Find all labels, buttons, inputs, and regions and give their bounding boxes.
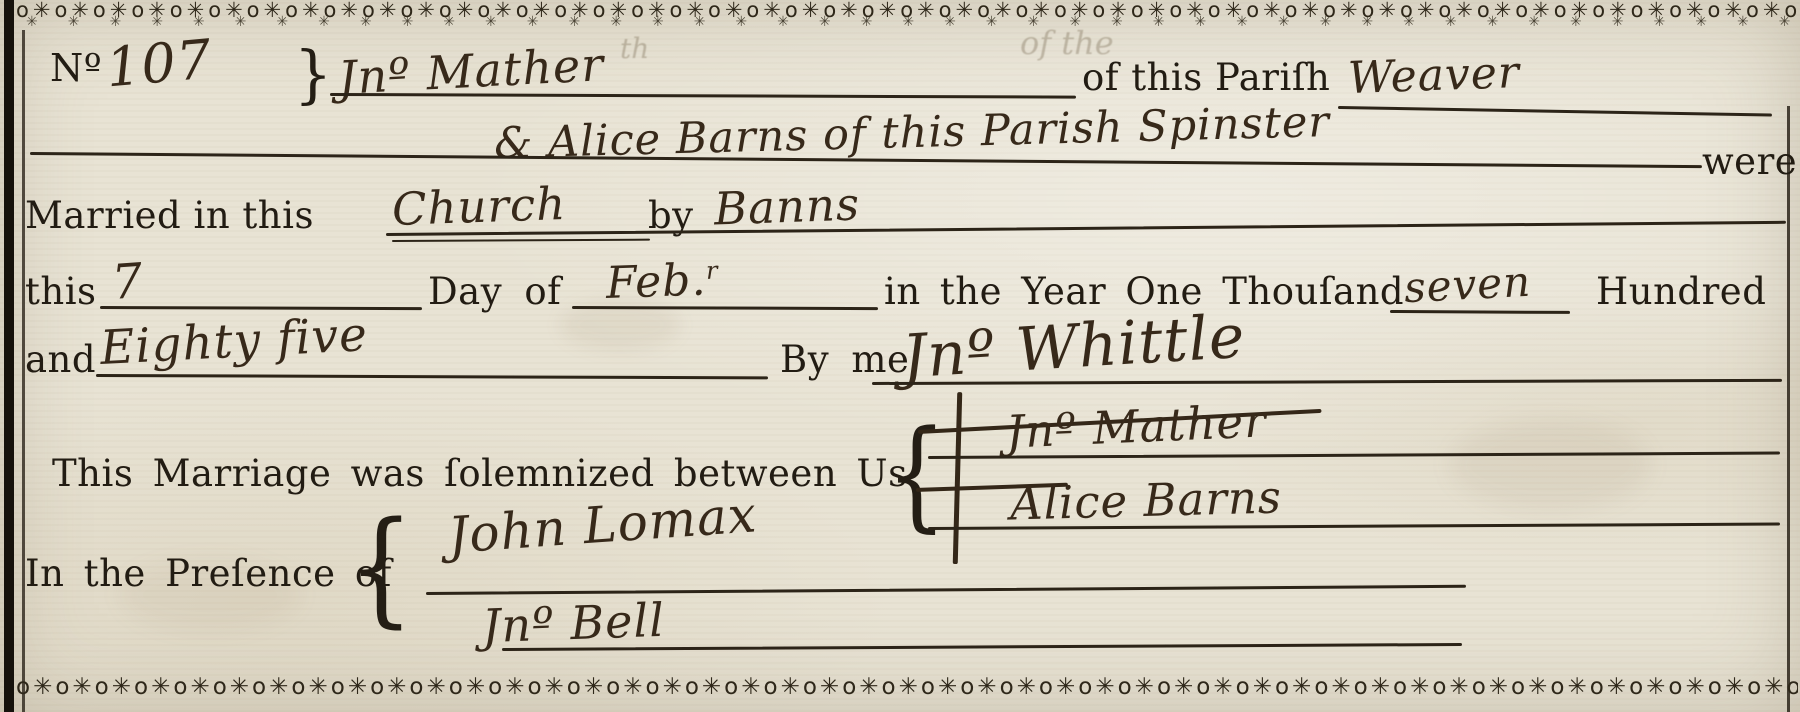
married-place: Church <box>391 177 567 236</box>
entry-number-label: Nº <box>50 46 102 90</box>
month-name: Feb.r <box>605 254 720 309</box>
solemnized-label: This Marriage was ſolemnized between Us <box>52 452 908 495</box>
year-hundreds-underline <box>1390 310 1570 314</box>
bottom-ornament-border: o✳o✳o✳o✳o✳o✳o✳o✳o✳o✳o✳o✳o✳o✳o✳o✳o✳o✳o✳o✳… <box>16 674 1798 700</box>
month-underline <box>572 306 878 310</box>
place-underline-stub <box>392 239 650 242</box>
left-edge-bar <box>4 0 14 712</box>
occupation-underline <box>1338 106 1772 117</box>
day-number: 7 <box>110 253 145 311</box>
of-this-parish-label: of this Pariſh <box>1082 56 1330 99</box>
were-label: were <box>1702 140 1797 183</box>
parties-mark-vertical-stroke <box>953 392 963 564</box>
by-me-label: By me <box>780 338 909 381</box>
right-edge-thin-line <box>1787 106 1790 712</box>
married-in-this-label: Married in this <box>25 194 314 237</box>
entry-brace: } <box>294 38 332 112</box>
day-of-label: Day of <box>428 270 561 313</box>
marriage-register-page: o✳o✳o✳o✳o✳o✳o✳o✳o✳o✳o✳o✳o✳o✳o✳o✳o✳o✳o✳o✳… <box>0 0 1800 712</box>
witness2-signature: Jnº Bell <box>481 593 666 653</box>
married-line-rule <box>386 221 1786 236</box>
entry-number: 107 <box>103 27 214 99</box>
parties-brace: { <box>886 404 947 544</box>
officiant-signature: Jnº Whittle <box>900 302 1247 393</box>
witness1-signature: John Lomax <box>446 485 758 564</box>
year-hundreds: seven <box>1403 257 1532 313</box>
top-ornament-stagger-row: ✳✳✳✳✳✳✳✳✳✳✳✳✳✳✳✳✳✳✳✳✳✳✳✳✳✳✳✳✳✳✳✳✳✳✳✳✳✳✳✳… <box>26 14 1798 30</box>
marriage-method: Banns <box>713 177 861 235</box>
witnesses-brace: { <box>348 494 414 640</box>
month-superscript: r <box>705 256 719 284</box>
presence-label: In the Preſence of <box>25 552 392 595</box>
witness1-underline <box>426 585 1466 595</box>
bleedthrough-text: th <box>620 32 649 65</box>
year-tens: Eighty five <box>99 307 369 376</box>
month-text: Feb. <box>605 254 707 308</box>
this-label: this <box>25 270 97 313</box>
hundred-label: Hundred <box>1596 270 1766 313</box>
groom-signature: Jnº Mather <box>1005 394 1268 458</box>
and-label: and <box>25 338 96 381</box>
year-phrase-label: in the Year One Thouſand <box>884 270 1404 313</box>
bride-signature: Alice Barns <box>1009 470 1282 530</box>
groom-occupation: Weaver <box>1347 47 1521 104</box>
year-tens-underline <box>96 374 768 379</box>
day-underline <box>100 306 422 310</box>
